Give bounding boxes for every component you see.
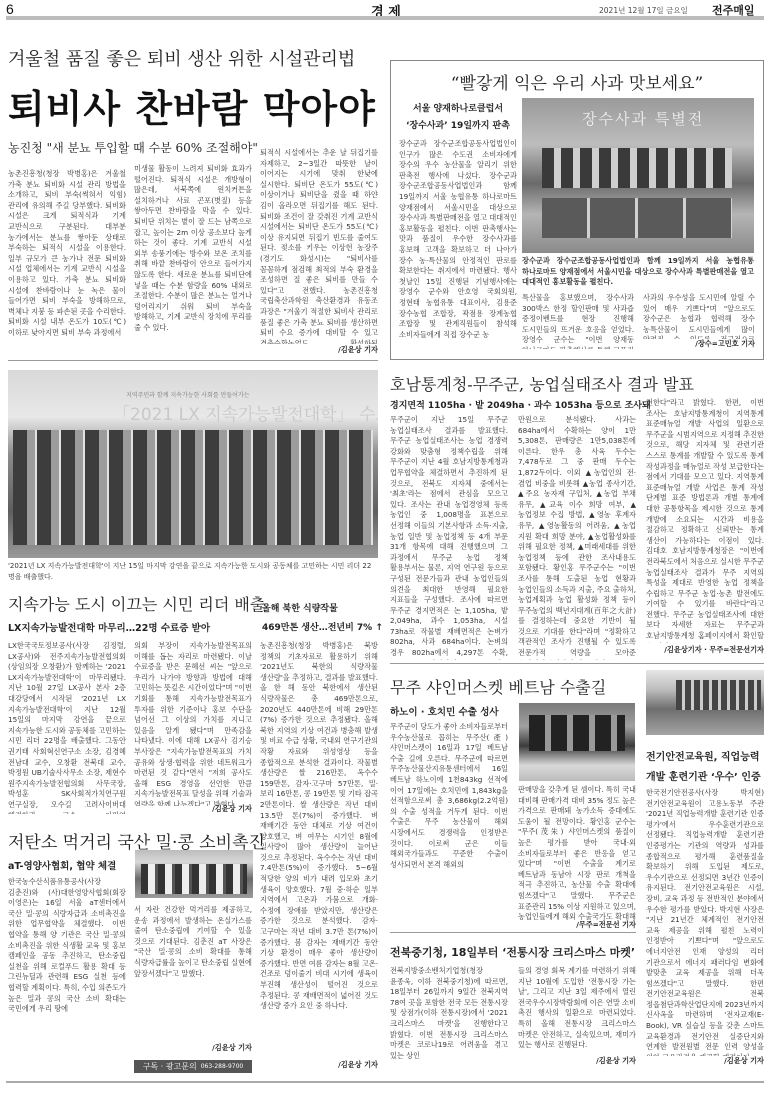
article-body-col2: 들의 경영 회복 계기를 마련하기 위해 지난 10월에 도입한 '전통시장 가… [518, 966, 636, 1056]
article-byline: /김윤상 기자 [134, 804, 252, 815]
article-kicker: 겨울철 품질 좋은 퇴비 생산 위한 시설관리법 [8, 45, 355, 71]
article-byline: /김윤상 기자 [260, 1060, 378, 1071]
article-subhead: 경지면적 1105ha · 밭 2049ha · 과수 1053ha 등으로 조… [390, 398, 651, 411]
page-bottom-rule [6, 1081, 764, 1083]
article-byline: /김윤상 기자 [260, 345, 378, 356]
article-headline-1: 전기안전교육원, 직업능력 [646, 748, 760, 763]
article-subhead: LX지속가능발전대학 마무리…22명 수료증 받아 [8, 620, 210, 634]
agreement-signing-photo [135, 850, 253, 898]
article-byline: /김윤상 기자 [518, 1056, 636, 1067]
article-body-col2: 특산물을 홍보했으며, 장수사과 300박스 한정 할인판매 및 사과즙 증정이… [522, 293, 634, 349]
article-body-col1: 장수군과 장수군조합공동사업법인이 인구가 많은 수도권 소비자에게 장수의 우… [399, 139, 517, 349]
article-headline: “빨갛게 익은 우리 사과 맛보세요” [391, 69, 763, 94]
ad-phone: 063-288-9700 [201, 1063, 244, 1070]
ad-label: 구독 · 광고문의 [143, 1061, 197, 1072]
page-number: 6 [6, 1, 14, 17]
article-subhead-1: 서울 양재하나로클럽서 [399, 101, 517, 114]
article-byline: /김윤상기자 · 무주=전문선기자 [620, 645, 764, 656]
article-subhead: 농진청 "새 분뇨 투입할 때 수분 60% 조절해야" [8, 139, 258, 156]
article-body-col1: LX한국국토정보공사(사장 김정렬, LX공사)와 전주지속가능발전협의회(상임… [8, 641, 126, 814]
article-subhead-2: ‘장수사과’ 19일까지 판촉 [399, 118, 517, 131]
article-headline-2: 개발 훈련기관 ‘우수’ 인증 [646, 768, 761, 783]
issue-date: 2021년 12월 17일 금요일 [599, 5, 688, 16]
article-body-col3: 퇴적식 시설에서는 추운 날 뒤집기를 자제하고, 2~3일간 따뜻한 날이 이… [260, 148, 378, 344]
photo-building-windows [676, 680, 761, 710]
article-byline: /김윤상 기자 [646, 1056, 764, 1067]
photo-apple-boxes [542, 198, 732, 238]
article-headline: 퇴비사 찬바람 막아야 [8, 78, 376, 133]
article-body-col1: 농촌진흥청(청장 박병홍)은 북방 정책의 기초자료로 활용하기 위해 '202… [260, 641, 378, 1061]
photo-people-row [529, 715, 625, 751]
article-body-col1: 한국농수산식품유통공사(사장 김춘진)와 (사)대한영양사협회(회장 이영은)는… [8, 877, 126, 1087]
photo-banner-text: 장수사과 특별전 [582, 108, 704, 129]
article-subhead-1: 올해 북한 식량작물 [262, 601, 338, 614]
article-body-col2: 판매망을 갖추게 된 셈이다. 특히 국내 대비해 판매가격 대비 35% 정도… [518, 785, 636, 920]
article-byline: /무주=전문선 기자 [518, 920, 636, 931]
photo-people-row [141, 864, 247, 894]
article-headline: 전북중기청, 18일부터 ‘전통시장 크리스마스 마켓’ [390, 944, 635, 960]
article-body-col1: 한국전기안전공사(사장 박지현) 전기안전교육원이 고용노동부 주관 '2021… [646, 788, 764, 1056]
subscription-ad-banner[interactable]: 구독 · 광고문의 063-288-9700 [134, 1060, 252, 1073]
article-headline: 지속가능 도시 이끄는 시민 리더 배출 [8, 592, 265, 615]
photo-banner-small: 지역주민과 함께 지속가능한 사회를 만들어가는 [126, 390, 250, 399]
divider [390, 932, 636, 933]
article-body-col3: 사과의 우수성을 도시민에 알릴 수 있어 매우 기쁘다"며 "앞으로도 장수군… [643, 293, 755, 339]
photo-people-row [542, 148, 732, 188]
article-byline: /장수=고민호 기자 [643, 339, 755, 350]
shine-muscat-inspection-photo [519, 703, 635, 781]
photo-people-group [13, 430, 373, 545]
article-headline: 무주 샤인머스켓 베트남 수출길 [390, 675, 606, 698]
lx-graduation-photo: 지역주민과 함께 지속가능한 사회를 만들어가는 「2021 LX 지속가능발전… [8, 370, 378, 558]
article-body-col1: 무주군이 지난 15일 무주군 농업실태조사 결과를 발표했다. 무주군 농업실… [390, 415, 508, 660]
article-headline: 호남통계청-무주군, 농업실태조사 결과 발표 [390, 372, 694, 395]
article-subhead-2: 469만톤 생산…전년비 7% ↑ [262, 620, 383, 633]
apple-event-photo: 장수사과 특별전 [522, 98, 754, 253]
photo-banner-text: 「2021 LX 지속가능발전대학」 수료식 [113, 400, 378, 425]
photo-caption: 장수군과 장수군조합공동사업법인과 함께 19일까지 서울 농협유통 하나로마트… [522, 256, 754, 288]
article-body-col3: 전한다"라고 밝혔다. 한편, 이번 조사는 호남지방통계청이 지역통계 표준매… [646, 398, 764, 643]
article-body-col2: 미생물 활동이 느려져 퇴비화 효과가 떨어진다. 퇴적식 시설은 개방형이 많… [134, 164, 252, 354]
masthead-rule [6, 16, 764, 20]
article-body-col2: 의회 부장이 지속가능발전목표의 이해를 돕는 자리로 마련됐다. 이날 수료증… [134, 641, 252, 806]
divider [8, 360, 378, 361]
article-subhead: 하노이 · 호치민 수출 성사 [390, 704, 499, 718]
divider [390, 663, 764, 664]
article-apple-box: “빨갛게 익은 우리 사과 맛보세요” 서울 양재하나로클럽서 ‘장수사과’ 1… [390, 60, 764, 360]
article-body-col1: 전북지방중소벤처기업청(청장 윤종욱, 이하 전북중기청)에 따르면, 18일부… [390, 966, 508, 1066]
article-body-col1: 무주군이 당도가 좋아 소비자들로부터 우수농산물로 꼽히는 무주산(產) 샤인… [390, 722, 508, 922]
article-subhead: aT-영양사협회, 협약 체결 [8, 858, 116, 872]
photo-caption: '2021년 LX 지속가능발전대학'이 지난 15일 마지막 강연을 끝으로 … [8, 561, 378, 582]
article-body-col2: 서 자란 건강한 먹거리를 제공하고, 운송 과정에서 발생하는 온실가스를 줄… [134, 905, 252, 1043]
article-byline: /김윤상 기자 [134, 1043, 252, 1054]
training-center-building-photo [646, 670, 764, 735]
article-body-col1: 농촌진흥청(청장 박병홍)은 겨울철 가축 분뇨 퇴비화 시설 관리 방법을 소… [8, 169, 126, 354]
article-body-col2: 만원으로 분석됐다. 사과는 684ha에서 수확하는 양이 1만 5,308톤… [518, 415, 636, 660]
